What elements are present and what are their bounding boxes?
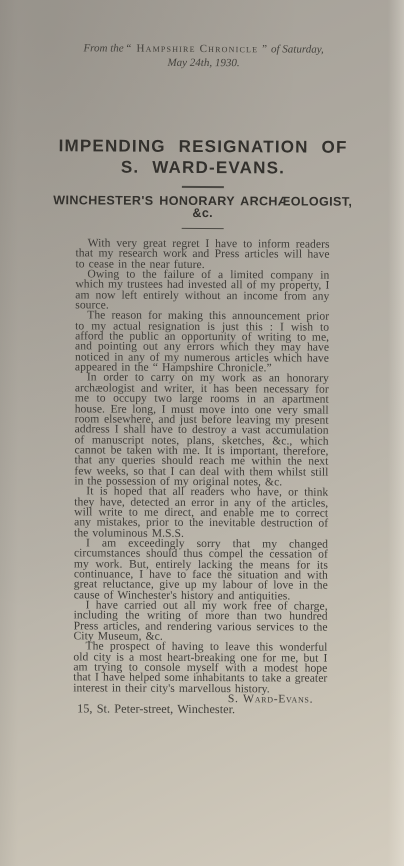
source-suffix: of Saturday,	[271, 43, 324, 55]
subheadline: WINCHESTER'S HONORARY ARCHÆOLOGIST, &c.	[1, 193, 404, 220]
paragraph-2: Owing to the failure of a limited compan…	[75, 269, 329, 312]
paragraph-1: With very great regret I have to inform …	[75, 238, 329, 270]
paragraph-4: In order to carry on my work as an honor…	[74, 373, 329, 488]
source-line: From the “ Hampshire Chronicle ” of Satu…	[2, 41, 404, 71]
headline-line1: IMPENDING RESIGNATION OF	[1, 135, 404, 158]
address-line: 15, St. Peter-street, Winchester.	[73, 704, 327, 716]
source-prefix: From the	[83, 42, 123, 54]
paragraph-6: I am exceedingly sorry that my changed c…	[74, 538, 328, 601]
headline-line2: S. WARD-EVANS.	[1, 156, 404, 179]
article: From the “ Hampshire Chronicle ” of Satu…	[0, 0, 404, 716]
paragraph-7: I have carried out all my work free of c…	[74, 600, 328, 643]
paragraph-8: The prospect of having to leave this won…	[73, 642, 327, 695]
newspaper-clipping-page: From the “ Hampshire Chronicle ” of Satu…	[0, 0, 404, 866]
paragraph-3: The reason for making this announcement …	[75, 311, 329, 374]
divider-rule-top	[182, 186, 224, 188]
source-date: May 24th, 1930.	[2, 55, 404, 71]
divider-rule-bottom	[182, 227, 224, 229]
paragraph-5: It is hoped that all readers who have, o…	[74, 487, 328, 540]
publication-name: “ Hampshire Chronicle ”	[126, 43, 268, 56]
article-body: With very great regret I have to inform …	[73, 238, 329, 715]
headline: IMPENDING RESIGNATION OF S. WARD-EVANS.	[1, 135, 404, 179]
